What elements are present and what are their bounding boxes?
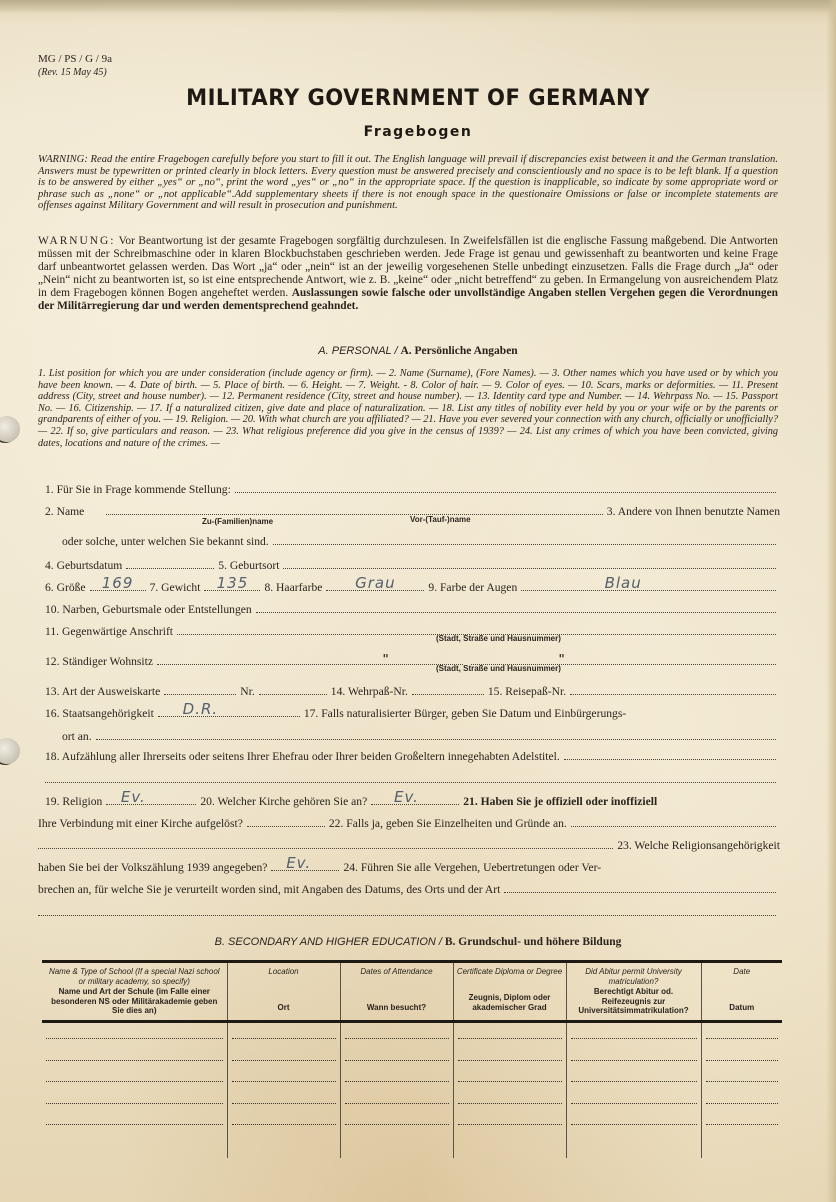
q6-value: 169 — [102, 574, 134, 592]
cell-date[interactable] — [701, 1066, 782, 1088]
field-row-q12: 12. Ständiger Wohnsitz " " — [45, 652, 780, 668]
q13-label: 13. Art der Ausweiskarte — [45, 685, 160, 698]
cell-school[interactable] — [42, 1044, 227, 1066]
q17-label-cont: ort an. — [62, 730, 92, 743]
q12-input-city[interactable]: " — [157, 652, 462, 665]
q16-input[interactable]: D.R. — [158, 704, 300, 717]
q23-input[interactable]: Ev. — [271, 858, 339, 871]
q21-label-cont: Ihre Verbindung mit einer Kirche aufgelö… — [38, 817, 243, 830]
field-row-q18-cont — [45, 770, 780, 786]
section-a-instructions: 1. List position for which you are under… — [38, 368, 778, 449]
q3-input[interactable] — [273, 532, 776, 545]
q4-label: 4. Geburtsdatum — [45, 559, 122, 572]
field-row-q16: 16. Staatsangehörigkeit D.R. 17. Falls n… — [45, 704, 780, 720]
q17-label: 17. Falls naturalisierter Bürger, geben … — [304, 707, 626, 720]
field-row-q11: 11. Gegenwärtige Anschrift — [45, 622, 780, 638]
document-subtitle: Fragebogen — [0, 124, 836, 140]
section-b-heading: B. SECONDARY AND HIGHER EDUCATION / B. G… — [0, 936, 836, 948]
warning-german-label: WARNUNG: — [38, 235, 115, 247]
cell-date[interactable] — [701, 1109, 782, 1131]
cell-location[interactable] — [227, 1021, 340, 1044]
q6-input[interactable]: 169 — [90, 578, 146, 591]
cell-spacer — [340, 1130, 453, 1158]
cell-location[interactable] — [227, 1087, 340, 1109]
cell-abitur[interactable] — [566, 1044, 701, 1066]
form-code: MG / PS / G / 9a — [38, 52, 112, 66]
education-table-header: Name & Type of School (If a special Nazi… — [42, 962, 782, 1022]
q24-input-line2[interactable] — [38, 903, 776, 916]
q10-label: 10. Narben, Geburtsmale oder Entstellung… — [45, 603, 252, 616]
q23-label: 23. Welche Religionsangehörigkeit — [617, 839, 780, 852]
cell-certificate[interactable] — [453, 1044, 566, 1066]
cell-school[interactable] — [42, 1021, 227, 1044]
cell-dates[interactable] — [340, 1109, 453, 1131]
field-row-q10: 10. Narben, Geburtsmale oder Entstellung… — [45, 600, 780, 616]
cell-school[interactable] — [42, 1066, 227, 1088]
cell-certificate[interactable] — [453, 1087, 566, 1109]
q1-label: 1. Für Sie in Frage kommende Stellung: — [45, 483, 231, 496]
q7-label: 7. Gewicht — [150, 581, 201, 594]
q2-surname-sublabel: Zu-(Familien)name — [202, 517, 273, 526]
field-row-q19: 19. Religion Ev. 20. Welcher Kirche gehö… — [45, 792, 780, 808]
q20-label: 20. Welcher Kirche gehören Sie an? — [200, 795, 367, 808]
q10-input[interactable] — [256, 600, 776, 613]
document-title: MILITARY GOVERNMENT OF GERMANY — [17, 86, 820, 111]
cell-abitur[interactable] — [566, 1109, 701, 1131]
col-school: Name & Type of School (If a special Nazi… — [42, 962, 227, 1022]
cell-abitur[interactable] — [566, 1087, 701, 1109]
field-row-q23: 23. Welche Religionsangehörigkeit — [38, 836, 780, 852]
cell-dates[interactable] — [340, 1044, 453, 1066]
col-certificate: Certificate Diploma or DegreeZeugnis, Di… — [453, 962, 566, 1022]
section-b-heading-de: B. Grundschul- und höhere Bildung — [445, 936, 622, 948]
q4-input[interactable] — [126, 556, 214, 569]
q11-sublabel: (Stadt, Straße und Hausnummer) — [436, 634, 561, 643]
warning-german: WARNUNG: Vor Beantwortung ist der gesamt… — [38, 235, 778, 314]
cell-abitur[interactable] — [566, 1021, 701, 1044]
q7-input[interactable]: 135 — [204, 578, 260, 591]
education-row — [42, 1044, 782, 1066]
field-row-q24-line2 — [38, 903, 780, 919]
q9-label: 9. Farbe der Augen — [428, 581, 517, 594]
warning-english: WARNING: Read the entire Fragebogen care… — [38, 154, 778, 212]
q12-value-ditto-a: " — [383, 652, 390, 666]
cell-location[interactable] — [227, 1109, 340, 1131]
education-row — [42, 1087, 782, 1109]
field-row-q24: brechen an, für welche Sie je verurteilt… — [38, 880, 780, 896]
q22-input[interactable] — [571, 814, 776, 827]
col-date: DateDatum — [701, 962, 782, 1022]
education-row — [42, 1021, 782, 1044]
q5-input[interactable] — [283, 556, 776, 569]
q15-input[interactable] — [570, 682, 776, 695]
section-a-heading-en: A. PERSONAL / — [318, 345, 397, 357]
cell-school[interactable] — [42, 1109, 227, 1131]
q24-label-cont: brechen an, für welche Sie je verurteilt… — [38, 883, 500, 896]
cell-location[interactable] — [227, 1044, 340, 1066]
cell-spacer — [453, 1130, 566, 1158]
q18-input[interactable] — [564, 747, 776, 760]
section-a-heading: A. PERSONAL / A. Persönliche Angaben — [0, 345, 836, 357]
q5-label: 5. Geburtsort — [218, 559, 279, 572]
q13-input[interactable] — [164, 682, 236, 695]
cell-spacer — [566, 1130, 701, 1158]
field-row-q13: 13. Art der Ausweiskarte Nr. 14. Wehrpaß… — [45, 682, 780, 698]
education-row-spacer — [42, 1130, 782, 1158]
col-dates: Dates of AttendanceWann besucht? — [340, 962, 453, 1022]
q11-label: 11. Gegenwärtige Anschrift — [45, 625, 173, 638]
q2-forename-sublabel: Vor-(Tauf-)name — [410, 515, 471, 524]
cell-certificate[interactable] — [453, 1109, 566, 1131]
q8-input[interactable]: Grau — [326, 578, 424, 591]
cell-spacer — [42, 1130, 227, 1158]
form-revision: (Rev. 15 May 45) — [38, 66, 112, 80]
q19-value: Ev. — [121, 788, 146, 806]
cell-date[interactable] — [701, 1021, 782, 1044]
cell-spacer — [701, 1130, 782, 1158]
form-code-block: MG / PS / G / 9a (Rev. 15 May 45) — [38, 52, 112, 80]
field-row-q3: oder solche, unter welchen Sie bekannt s… — [62, 532, 780, 548]
cell-date[interactable] — [701, 1087, 782, 1109]
q2-label: 2. Name — [45, 505, 84, 518]
q3-label: 3. Andere von Ihnen benutzte Namen — [607, 505, 780, 518]
field-row-q23-cont: haben Sie bei der Volkszählung 1939 ange… — [38, 858, 780, 874]
q22-label: 22. Falls ja, geben Sie Einzelheiten und… — [329, 817, 567, 830]
cell-certificate[interactable] — [453, 1021, 566, 1044]
q3-label-cont: oder solche, unter welchen Sie bekannt s… — [62, 535, 269, 548]
q8-label: 8. Haarfarbe — [264, 581, 322, 594]
q18-label: 18. Aufzählung aller Ihrerseits oder sei… — [45, 750, 560, 763]
field-row-q4: 4. Geburtsdatum 5. Geburtsort — [45, 556, 780, 572]
q24-label: 24. Führen Sie alle Vergehen, Uebertretu… — [343, 861, 601, 874]
q13-nr-input[interactable] — [259, 682, 327, 695]
q14-input[interactable] — [412, 682, 484, 695]
cell-dates[interactable] — [340, 1021, 453, 1044]
cell-date[interactable] — [701, 1044, 782, 1066]
cell-certificate[interactable] — [453, 1066, 566, 1088]
q21-input[interactable] — [247, 814, 325, 827]
q12-sublabel: (Stadt, Straße und Hausnummer) — [436, 664, 561, 673]
field-row-q17: ort an. — [62, 727, 780, 743]
cell-location[interactable] — [227, 1066, 340, 1088]
q15-label: 15. Reisepaß-Nr. — [488, 685, 566, 698]
q19-input[interactable]: Ev. — [106, 792, 196, 805]
cell-school[interactable] — [42, 1087, 227, 1109]
field-row-q6: 6. Größe 169 7. Gewicht 135 8. Haarfarbe… — [45, 578, 780, 594]
q18-input-line2[interactable] — [45, 770, 776, 783]
paper-top-edge — [0, 0, 836, 14]
paper-right-edge — [826, 0, 836, 1202]
q23-value: Ev. — [286, 854, 311, 872]
q16-label: 16. Staatsangehörigkeit — [45, 707, 154, 720]
q17-input[interactable] — [96, 727, 776, 740]
q16-value: D.R. — [183, 700, 219, 718]
col-location: LocationOrt — [227, 962, 340, 1022]
education-row — [42, 1109, 782, 1131]
q22-input-line2[interactable] — [38, 836, 613, 849]
q8-value: Grau — [355, 574, 396, 592]
field-row-q18: 18. Aufzählung aller Ihrerseits oder sei… — [45, 747, 780, 763]
q9-input[interactable]: Blau — [521, 578, 776, 591]
q14-label: 14. Wehrpaß-Nr. — [331, 685, 408, 698]
section-a-heading-de: A. Persönliche Angaben — [400, 345, 517, 357]
cell-spacer — [227, 1130, 340, 1158]
q19-label: 19. Religion — [45, 795, 102, 808]
q9-value: Blau — [605, 574, 642, 592]
q20-input[interactable]: Ev. — [371, 792, 459, 805]
q12-label: 12. Ständiger Wohnsitz — [45, 655, 153, 668]
cell-dates[interactable] — [340, 1087, 453, 1109]
cell-abitur[interactable] — [566, 1066, 701, 1088]
q24-input[interactable] — [504, 880, 776, 893]
col-abitur: Did Abitur permit University matriculati… — [566, 962, 701, 1022]
q23-label-cont: haben Sie bei der Volkszählung 1939 ange… — [38, 861, 267, 874]
section-b-heading-en: B. SECONDARY AND HIGHER EDUCATION / — [215, 936, 442, 948]
education-row — [42, 1066, 782, 1088]
field-row-q21: Ihre Verbindung mit einer Kirche aufgelö… — [38, 814, 780, 830]
q6-label: 6. Größe — [45, 581, 86, 594]
q21-label: 21. Haben Sie je offiziell oder inoffizi… — [463, 795, 657, 808]
q1-input[interactable] — [235, 480, 776, 493]
education-table: Name & Type of School (If a special Nazi… — [42, 960, 782, 1158]
q2-name-input[interactable] — [106, 502, 603, 515]
cell-dates[interactable] — [340, 1066, 453, 1088]
q13-nr-label: Nr. — [240, 685, 255, 698]
field-row-q1: 1. Für Sie in Frage kommende Stellung: — [45, 480, 780, 496]
q20-value: Ev. — [394, 788, 419, 806]
q7-value: 135 — [217, 574, 249, 592]
